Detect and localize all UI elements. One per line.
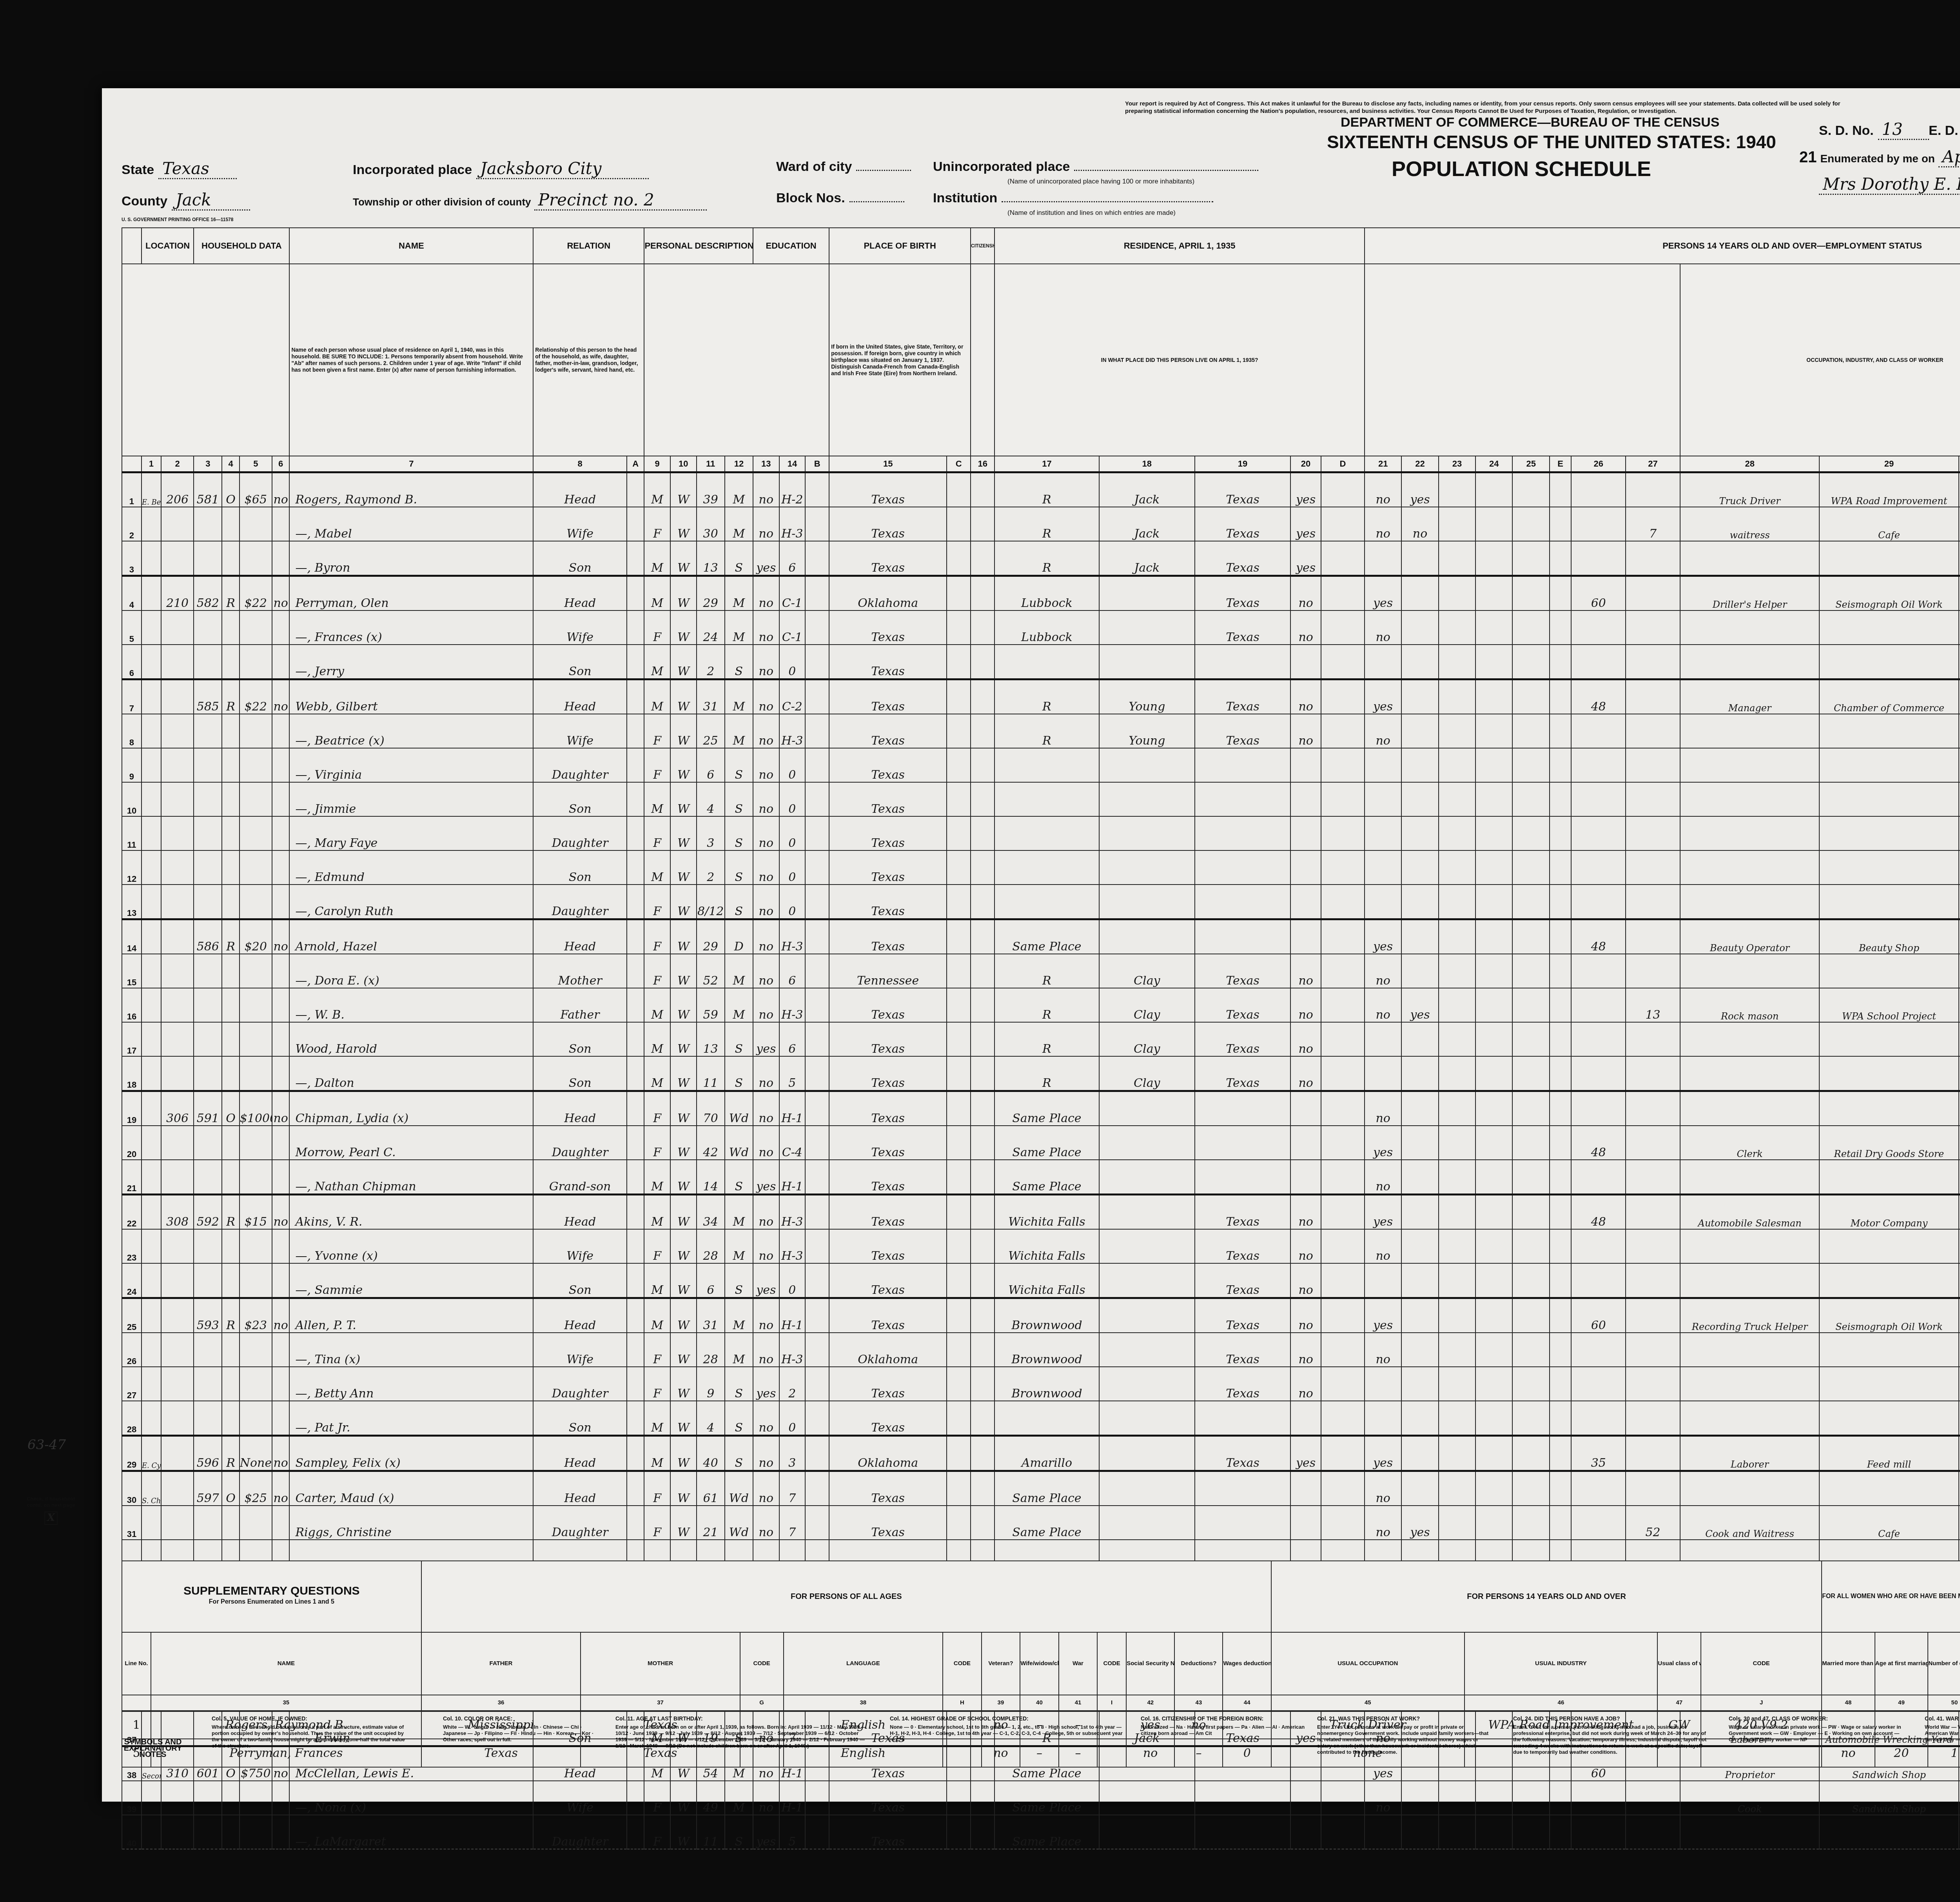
cell-res-farm	[1290, 1160, 1321, 1195]
cell-name: —, Mabel	[289, 507, 533, 541]
cell-codeB	[805, 541, 829, 576]
cell-seeking2	[1475, 1229, 1512, 1263]
cell-codeC	[947, 988, 971, 1022]
cell-visit	[194, 541, 222, 576]
cell-res-city: R	[995, 541, 1099, 576]
cell-school: no	[753, 782, 779, 816]
cell-street	[142, 816, 161, 850]
cell-codeE	[1550, 919, 1572, 954]
cell-sex: F	[644, 1506, 670, 1540]
cell-birth: Texas	[829, 1091, 947, 1126]
cell-age: 31	[697, 679, 725, 714]
cell-res-county	[1099, 1506, 1195, 1540]
cell-res-state	[1195, 1091, 1290, 1126]
cell-house	[161, 850, 194, 885]
cell-relation: Wife	[533, 1333, 627, 1367]
cell-res-farm: no	[1290, 714, 1321, 748]
cell-own	[222, 1333, 239, 1367]
cell-citizen	[971, 1333, 995, 1367]
township-value: Precinct no. 2	[534, 190, 707, 211]
census-title: SIXTEENTH CENSUS OF THE UNITED STATES: 1…	[1327, 131, 1776, 153]
cell-age: 6	[697, 748, 725, 782]
table-row: 1E. Belknap206581O$65noRogers, Raymond B…	[122, 472, 1960, 507]
cell-own: R	[222, 1195, 239, 1230]
cell-citizen	[971, 1401, 995, 1436]
cell-hours	[1571, 1471, 1626, 1506]
cell-weeks-unemp	[1626, 576, 1680, 611]
state-value: Texas	[158, 159, 237, 179]
cell-public-work	[1439, 1022, 1475, 1056]
cell-farm	[272, 1229, 289, 1263]
cell-codeD	[1321, 1436, 1365, 1471]
cell-street	[142, 1091, 161, 1126]
cell-sex: F	[644, 885, 670, 919]
cell-seeking2	[1475, 885, 1512, 919]
cell-sex: F	[644, 1091, 670, 1126]
cell-school: no	[753, 748, 779, 782]
cell-class	[1959, 1229, 1960, 1263]
cell-race: W	[670, 1263, 697, 1298]
cell-farm	[272, 1367, 289, 1401]
cell-at-work: no	[1365, 1160, 1401, 1195]
cell-name: Chipman, Lydia (x)	[289, 1091, 533, 1126]
ed-label: E. D. No.	[1929, 123, 1960, 138]
birth-desc: If born in the United States, give State…	[829, 264, 971, 456]
cell-res-county	[1099, 610, 1195, 645]
cell-citizen	[971, 954, 995, 988]
cell-school: no	[753, 1471, 779, 1506]
cell-citizen	[971, 645, 995, 679]
cell-birth: Texas	[829, 782, 947, 816]
cell-farm: no	[272, 1436, 289, 1471]
cell-street	[142, 507, 161, 541]
cell-at-work: no	[1365, 1333, 1401, 1367]
incorporated-field: Incorporated place Jacksboro City	[353, 159, 649, 179]
cell-marital: S	[725, 1160, 753, 1195]
cell-codeC	[947, 679, 971, 714]
cell-name: —, Dalton	[289, 1056, 533, 1091]
cell-codeB	[805, 1298, 829, 1333]
cell-res-city: Same Place	[995, 1815, 1099, 1849]
cell-public-work	[1439, 1056, 1475, 1091]
cell-codeE	[1550, 610, 1572, 645]
cell-res-farm: no	[1290, 679, 1321, 714]
cell-seeking	[1401, 541, 1438, 576]
cell-class	[1959, 645, 1960, 679]
cell-class: PW	[1959, 1195, 1960, 1230]
cell-codeA	[627, 1091, 644, 1126]
cell-citizen	[971, 885, 995, 919]
cell-birth: Texas	[829, 541, 947, 576]
cell-race: W	[670, 1091, 697, 1126]
cell-occupation	[1680, 885, 1819, 919]
cell-occupation	[1680, 645, 1819, 679]
cell-seeking2	[1475, 1195, 1512, 1230]
cell-visit	[194, 714, 222, 748]
colnum: 9	[644, 456, 670, 472]
table-row: 12—, EdmundSonMW2Sno0Texas12	[122, 850, 1960, 885]
cell-codeD	[1321, 816, 1365, 850]
cell-res-farm	[1290, 1126, 1321, 1160]
cell-name: Arnold, Hazel	[289, 919, 533, 954]
cell-value	[240, 1229, 272, 1263]
cell-street	[142, 954, 161, 988]
supp-h-war: War	[1059, 1632, 1098, 1695]
colnum: 8	[533, 456, 627, 472]
cell-school: yes	[753, 1263, 779, 1298]
cell-res-state: Texas	[1195, 472, 1290, 507]
cell-public-work	[1439, 748, 1475, 782]
cell-codeA	[627, 645, 644, 679]
cell-has-job	[1512, 576, 1549, 611]
cell-value: $22	[240, 576, 272, 611]
supp-h-name: NAME	[151, 1632, 421, 1695]
cell-seeking2	[1475, 541, 1512, 576]
cell-res-county	[1099, 1091, 1195, 1126]
cell-codeA	[627, 1022, 644, 1056]
cell-relation: Daughter	[533, 1126, 627, 1160]
cell-relation: Grand-son	[533, 1160, 627, 1195]
cell-citizen	[971, 782, 995, 816]
cell-own	[222, 1056, 239, 1091]
cell-codeD	[1321, 679, 1365, 714]
table-row: 16—, W. B.FatherMW59MnoH-3TexasRClayTexa…	[122, 988, 1960, 1022]
cell-birth: Texas	[829, 885, 947, 919]
cell-hours	[1571, 1263, 1626, 1298]
cell-grade: H-3	[779, 507, 806, 541]
cell-street	[142, 885, 161, 919]
supp-colnum: 50	[1928, 1695, 1960, 1711]
county-label: County	[122, 194, 167, 209]
cell-seeking	[1401, 1160, 1438, 1195]
cell-name: —, Mary Faye	[289, 816, 533, 850]
legal-notice: Your report is required by Act of Congre…	[1125, 100, 1854, 115]
cell-class	[1959, 1022, 1960, 1056]
cell-grade: H-3	[779, 919, 806, 954]
cell-has-job	[1512, 816, 1549, 850]
cell-hours: 48	[1571, 1195, 1626, 1230]
cell-citizen	[971, 1298, 995, 1333]
cell-codeC	[947, 1056, 971, 1091]
cell-birth: Texas	[829, 1471, 947, 1506]
cell-name: —, Jimmie	[289, 782, 533, 816]
cell-codeE	[1550, 1022, 1572, 1056]
cell-house: 308	[161, 1195, 194, 1230]
cell-class: PW	[1959, 1298, 1960, 1333]
cell-citizen	[971, 679, 995, 714]
cell-house	[161, 816, 194, 850]
cell-birth: Texas	[829, 1022, 947, 1056]
cell-grade: H-3	[779, 1333, 806, 1367]
cell-codeB	[805, 610, 829, 645]
cell-hours	[1571, 1056, 1626, 1091]
cell-farm	[272, 850, 289, 885]
cell-res-state	[1195, 919, 1290, 954]
cell-seeking2	[1475, 919, 1512, 954]
cell-hours	[1571, 954, 1626, 988]
cell-codeB	[805, 1471, 829, 1506]
cell-codeC	[947, 919, 971, 954]
colnum: 10	[670, 456, 697, 472]
enumerated-label: Enumerated by me on	[1820, 153, 1935, 165]
cell-codeB	[805, 782, 829, 816]
cell-codeD	[1321, 1506, 1365, 1540]
cell-name: —, Virginia	[289, 748, 533, 782]
incorporated-label: Incorporated place	[353, 162, 472, 177]
cell-relation: Head	[533, 919, 627, 954]
cell-birth: Texas	[829, 1126, 947, 1160]
cell-codeA	[627, 885, 644, 919]
cell-street	[142, 850, 161, 885]
cell-grade: 7	[779, 1471, 806, 1506]
cell-at-work: no	[1365, 1229, 1401, 1263]
cell-grade: 7	[779, 1506, 806, 1540]
cell-industry	[1819, 541, 1958, 576]
cell-sex: M	[644, 782, 670, 816]
cell-has-job	[1512, 782, 1549, 816]
cell-relation: Head	[533, 1436, 627, 1471]
cell-seeking2	[1475, 1022, 1512, 1056]
supp-h-wife-widow: Wife/widow/child	[1020, 1632, 1059, 1695]
table-row: 23—, Yvonne (x)WifeFW28MnoH-3TexasWichit…	[122, 1229, 1960, 1263]
cell-own	[222, 1815, 239, 1849]
continued-checkbox[interactable]: X	[44, 1511, 58, 1525]
cell-at-work: no	[1365, 1091, 1401, 1126]
explanatory-note: Col. 11. AGE AT LAST BIRTHDAY:Enter age …	[615, 1715, 870, 1749]
cell-birth: Oklahoma	[829, 1436, 947, 1471]
cell-school: no	[753, 885, 779, 919]
cell-race: W	[670, 1471, 697, 1506]
cell-codeA	[627, 1160, 644, 1195]
cell-res-county	[1099, 885, 1195, 919]
cell-weeks-unemp	[1626, 1091, 1680, 1126]
supp-group-women: FOR ALL WOMEN WHO ARE OR HAVE BEEN MARRI…	[1822, 1561, 1960, 1632]
ward-label: Ward of city	[776, 159, 852, 174]
cell-class	[1959, 1160, 1960, 1195]
cell-sex: M	[644, 1022, 670, 1056]
cell-has-job	[1512, 1333, 1549, 1367]
cell-seeking2	[1475, 816, 1512, 850]
cell-visit	[194, 1229, 222, 1263]
cell-industry	[1819, 1229, 1958, 1263]
cell-codeC	[947, 472, 971, 507]
cell-grade: C-2	[779, 679, 806, 714]
cell-codeB	[805, 1056, 829, 1091]
cell-citizen	[971, 1471, 995, 1506]
cell-name: —, Pat Jr.	[289, 1401, 533, 1436]
cell-visit: 592	[194, 1195, 222, 1230]
cell-line: 3	[122, 541, 142, 576]
cell-farm	[272, 1815, 289, 1849]
cell-res-city: R	[995, 1056, 1099, 1091]
cell-line: 40	[122, 1815, 142, 1849]
cell-line: 12	[122, 850, 142, 885]
cell-name: Carter, Maud (x)	[289, 1471, 533, 1506]
cell-relation: Head	[533, 679, 627, 714]
explanatory-notes: SYMBOLS AND EXPLANATORY NOTES Col. 5. VA…	[122, 1715, 1960, 1794]
cell-codeA	[627, 816, 644, 850]
cell-race: W	[670, 472, 697, 507]
unincorporated-label: Unincorporated place	[933, 159, 1070, 174]
cell-farm: no	[272, 1091, 289, 1126]
county-value: Jack	[172, 190, 250, 211]
cell-age: 13	[697, 1022, 725, 1056]
cell-name: Akins, V. R.	[289, 1195, 533, 1230]
cell-marital: M	[725, 507, 753, 541]
cell-seeking	[1401, 714, 1438, 748]
cell-value	[240, 1022, 272, 1056]
cell-visit	[194, 1815, 222, 1849]
cell-codeB	[805, 954, 829, 988]
cell-weeks-unemp	[1626, 748, 1680, 782]
cell-res-city: Same Place	[995, 1091, 1099, 1126]
colnum: 26	[1571, 456, 1626, 472]
cell-grade: H-3	[779, 714, 806, 748]
cell-value	[240, 610, 272, 645]
colnum: 27	[1626, 456, 1680, 472]
cell-own	[222, 1229, 239, 1263]
cell-occupation: waitress	[1680, 507, 1819, 541]
cell-name: Perryman, Olen	[289, 576, 533, 611]
cell-school: no	[753, 1056, 779, 1091]
cell-seeking2	[1475, 679, 1512, 714]
institution-label: Institution	[933, 191, 997, 205]
cell-class: GW	[1959, 988, 1960, 1022]
cell-weeks-unemp	[1626, 610, 1680, 645]
cell-visit	[194, 1401, 222, 1436]
cell-codeB	[805, 576, 829, 611]
supp-h-code-j: CODE	[1701, 1632, 1822, 1695]
explanatory-note: Col. 10. COLOR OR RACE:White — W · Negro…	[443, 1715, 600, 1743]
cell-class	[1959, 1056, 1960, 1091]
note-title: Col. 5. VALUE OF HOME, IF OWNED:	[212, 1715, 408, 1722]
cell-at-work	[1365, 1263, 1401, 1298]
table-row: 4210582R$22noPerryman, OlenHeadMW29MnoC-…	[122, 576, 1960, 611]
group-birth: PLACE OF BIRTH	[829, 228, 971, 264]
cell-own	[222, 645, 239, 679]
cell-line: 4	[122, 576, 142, 611]
cell-race: W	[670, 679, 697, 714]
note-title: Col. 41. WAR OR MILITARY SERVICE:	[1925, 1715, 1960, 1722]
supp-h-deductions: Deductions?	[1174, 1632, 1223, 1695]
cell-school: no	[753, 1091, 779, 1126]
cell-seeking2	[1475, 1367, 1512, 1401]
cell-res-farm	[1290, 782, 1321, 816]
cell-public-work	[1439, 1333, 1475, 1367]
cell-res-farm	[1290, 1401, 1321, 1436]
cell-age: 59	[697, 988, 725, 1022]
cell-res-city: Brownwood	[995, 1367, 1099, 1401]
cell-sex: M	[644, 1195, 670, 1230]
cell-street	[142, 1506, 161, 1540]
cell-occupation: Clerk	[1680, 1126, 1819, 1160]
cell-own	[222, 1022, 239, 1056]
cell-school: no	[753, 988, 779, 1022]
cell-hours	[1571, 1815, 1626, 1849]
cell-visit	[194, 782, 222, 816]
cell-visit	[194, 507, 222, 541]
cell-industry	[1819, 954, 1958, 988]
cell-race: W	[670, 1401, 697, 1436]
table-row: 15—, Dora E. (x)MotherFW52Mno6TennesseeR…	[122, 954, 1960, 988]
cell-res-county	[1099, 576, 1195, 611]
supp-h-ss: Social Security No.?	[1126, 1632, 1174, 1695]
cell-at-work	[1365, 850, 1401, 885]
cell-age: 29	[697, 576, 725, 611]
cell-res-county: Jack	[1099, 507, 1195, 541]
cell-house	[161, 1056, 194, 1091]
cell-at-work	[1365, 748, 1401, 782]
cell-visit: 582	[194, 576, 222, 611]
cell-codeB	[805, 1263, 829, 1298]
cell-age: 14	[697, 1160, 725, 1195]
supp-h-code-g: CODE	[740, 1632, 784, 1695]
cell-res-farm: yes	[1290, 507, 1321, 541]
cell-relation: Head	[533, 1471, 627, 1506]
cell-res-city: Brownwood	[995, 1298, 1099, 1333]
cell-codeC	[947, 782, 971, 816]
cell-name: —, Betty Ann	[289, 1367, 533, 1401]
cell-birth: Texas	[829, 1367, 947, 1401]
cell-industry	[1819, 850, 1958, 885]
cell-own	[222, 541, 239, 576]
cell-codeE	[1550, 1195, 1572, 1230]
cell-school: no	[753, 1126, 779, 1160]
cell-codeD	[1321, 576, 1365, 611]
cell-street	[142, 1160, 161, 1195]
colnum: 17	[995, 456, 1099, 472]
cell-industry	[1819, 782, 1958, 816]
cell-res-farm	[1290, 850, 1321, 885]
cell-house	[161, 1229, 194, 1263]
cell-line: 30	[122, 1471, 142, 1506]
cell-res-state: Texas	[1195, 1056, 1290, 1091]
cell-relation: Wife	[533, 714, 627, 748]
cell-public-work	[1439, 1471, 1475, 1506]
cell-res-state: Texas	[1195, 1298, 1290, 1333]
cell-house	[161, 1263, 194, 1298]
cell-res-farm	[1290, 1815, 1321, 1849]
cell-at-work: no	[1365, 1506, 1401, 1540]
cell-seeking	[1401, 679, 1438, 714]
sd-field: S. D. No. 13	[1819, 120, 1929, 140]
cell-res-farm: yes	[1290, 472, 1321, 507]
cell-farm	[272, 1401, 289, 1436]
cell-race: W	[670, 610, 697, 645]
cell-res-city: Wichita Falls	[995, 1263, 1099, 1298]
table-row: 25593R$23noAllen, P. T.HeadMW31MnoH-1Tex…	[122, 1298, 1960, 1333]
cell-codeE	[1550, 954, 1572, 988]
cell-own	[222, 1126, 239, 1160]
colnum: 15	[829, 456, 947, 472]
supp-title-cell: SUPPLEMENTARY QUESTIONS For Persons Enum…	[122, 1561, 421, 1632]
cell-occupation	[1680, 748, 1819, 782]
cell-line: 15	[122, 954, 142, 988]
cell-farm	[272, 954, 289, 988]
cell-codeB	[805, 1815, 829, 1849]
cell-race: W	[670, 954, 697, 988]
cell-codeD	[1321, 1160, 1365, 1195]
cell-value	[240, 782, 272, 816]
cell-age: 52	[697, 954, 725, 988]
cell-res-state: Texas	[1195, 507, 1290, 541]
supp-colnum: 42	[1126, 1695, 1174, 1711]
cell-codeC	[947, 645, 971, 679]
cell-seeking	[1401, 850, 1438, 885]
cell-at-work: no	[1365, 472, 1401, 507]
cell-grade: 0	[779, 645, 806, 679]
cell-at-work: yes	[1365, 679, 1401, 714]
